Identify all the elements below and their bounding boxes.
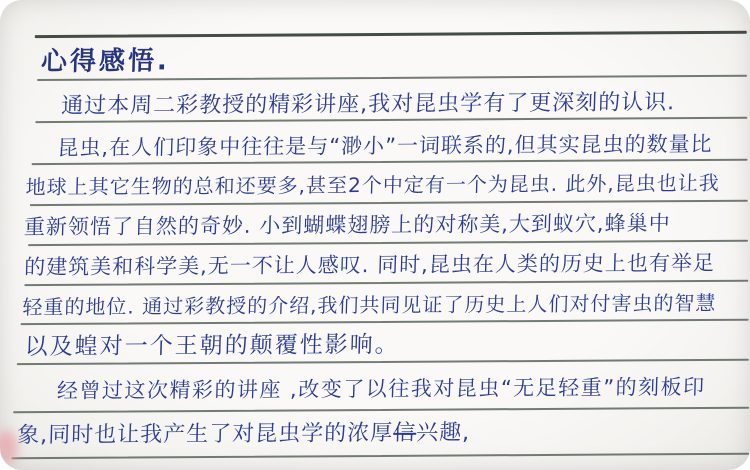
handwritten-line: 象,同时也让我产生了对昆虫学的浓厚信兴趣, — [17, 421, 471, 448]
crossed-out-char: 信 — [393, 421, 417, 446]
handwritten-line: 地球上其它生物的总和还要多,甚至2个中定有一个为昆虫. 此外,昆虫也让我 — [25, 172, 720, 198]
rule-line-header — [35, 31, 747, 38]
lined-paper: 心得感悟. 通过本周二彩教授的精彩讲座,我对昆虫学有了更深刻的认识. 昆虫,在人… — [0, 0, 750, 470]
handwritten-line: 经曾过这次精彩的讲座 ,改变了以往我对昆虫“无足轻重”的刻板印 — [57, 376, 706, 403]
handwritten-line: 通过本周二彩教授的精彩讲座,我对昆虫学有了更深刻的认识. — [61, 91, 676, 119]
note-title: 心得感悟. — [41, 47, 171, 76]
rule-line — [13, 407, 749, 413]
rule-line — [21, 319, 749, 325]
rule-line — [28, 240, 748, 246]
rule-line — [24, 280, 748, 286]
rule-line — [11, 453, 749, 460]
last-line-pre: 象,同时也让我产生了对昆虫学的浓厚 — [17, 421, 394, 448]
handwritten-line: 轻重的地位. 通过彩教授的介绍,我们共同见证了历史上人们对付害虫的智慧 — [22, 292, 717, 318]
rule-line — [32, 159, 748, 165]
rule-line — [30, 200, 748, 206]
notebook-photo: 心得感悟. 通过本周二彩教授的精彩讲座,我对昆虫学有了更深刻的认识. 昆虫,在人… — [0, 0, 750, 470]
handwritten-line: 重新领悟了自然的奇妙. 小到蝴蝶翅膀上的对称美,大到蚁穴,蜂巢中 — [24, 212, 671, 239]
handwritten-line: 的建筑美和科学美,无一不让人感叹. 同时,昆虫在人类的历史上也有举足 — [24, 252, 715, 279]
last-line-post: 兴趣, — [416, 420, 471, 445]
handwritten-line: 昆虫,在人们印象中往往是与“渺小”一词联系的,但其实昆虫的数量比 — [57, 133, 713, 160]
handwritten-line: 以及蝗对一个王朝的颠覆性影响。 — [24, 333, 400, 361]
